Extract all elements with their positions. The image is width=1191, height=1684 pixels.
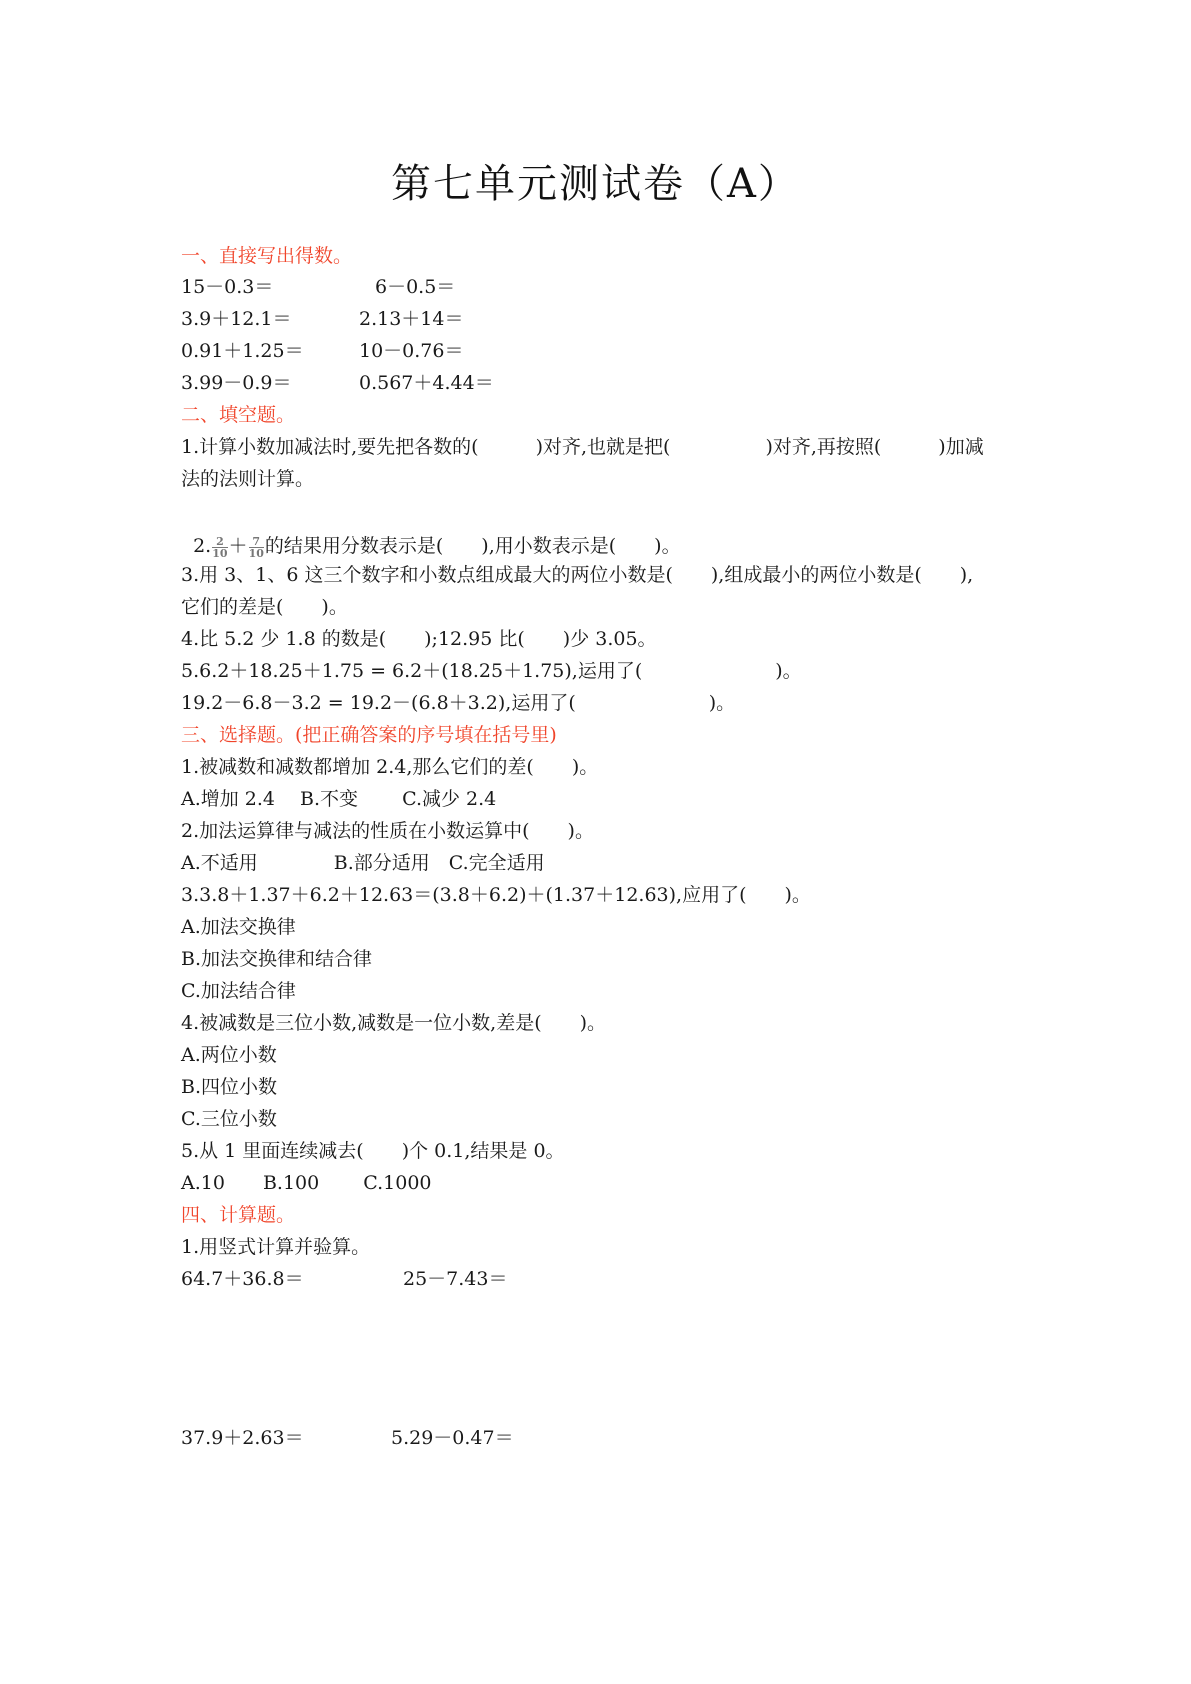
question-text: 1.计算小数加减法时,要先把各数的( )对齐,也就是把( )对齐,再按照( )加…: [181, 435, 984, 459]
fraction-numerator: 7: [249, 536, 264, 547]
fraction: 710: [249, 536, 264, 559]
answer-option: B.加法交换律和结合律: [181, 947, 372, 971]
calc-item: 2.13＋14＝: [359, 307, 463, 331]
fraction-numerator: 2: [212, 536, 227, 547]
section-heading-1: 一、直接写出得数。: [181, 244, 352, 268]
answer-option: B.四位小数: [181, 1075, 277, 1099]
question-text: 4.比 5.2 少 1.8 的数是( );12.95 比( )少 3.05。: [181, 627, 657, 651]
fraction-denominator: 10: [212, 547, 227, 559]
question-text: 5.从 1 里面连续减去( )个 0.1,结果是 0。: [181, 1139, 565, 1163]
answer-options: A.增加 2.4 B.不变 C.减少 2.4: [181, 787, 496, 811]
calc-item: 0.91＋1.25＝: [181, 339, 304, 363]
question-text: 4.被减数是三位小数,减数是一位小数,差是( )。: [181, 1011, 606, 1035]
section-heading-4: 四、计算题。: [181, 1203, 295, 1227]
calc-item: 3.99－0.9＝: [181, 371, 292, 395]
plus-sign: ＋: [229, 535, 248, 557]
question-text: 2.加法运算律与减法的性质在小数运算中( )。: [181, 819, 594, 843]
answer-options: A.10 B.100 C.1000: [181, 1171, 432, 1195]
calc-item: 25－7.43＝: [403, 1267, 507, 1291]
calc-item: 0.567＋4.44＝: [359, 371, 494, 395]
question-text: 3.3.8＋1.37＋6.2＋12.63＝(3.8＋6.2)＋(1.37＋12.…: [181, 883, 811, 907]
calc-item: 5.29－0.47＝: [391, 1426, 514, 1450]
question-text: 它们的差是( )。: [181, 595, 348, 619]
answer-option: C.三位小数: [181, 1107, 277, 1131]
calc-item: 10－0.76＝: [359, 339, 463, 363]
question-text: 2.210＋710的结果用分数表示是( ),用小数表示是( )。: [181, 510, 681, 559]
fraction: 210: [212, 536, 227, 559]
section-heading-3: 三、选择题。(把正确答案的序号填在括号里): [181, 723, 557, 747]
calc-item: 64.7＋36.8＝: [181, 1267, 304, 1291]
answer-option: C.加法结合律: [181, 979, 296, 1003]
calc-item: 6－0.5＝: [375, 275, 455, 299]
calc-item: 3.9＋12.1＝: [181, 307, 292, 331]
question-text: 19.2－6.8－3.2 = 19.2－(6.8＋3.2),运用了( )。: [181, 691, 735, 715]
question-text: 1.用竖式计算并验算。: [181, 1235, 370, 1259]
question-number: 2.: [193, 535, 211, 557]
question-text: 3.用 3、1、6 这三个数字和小数点组成最大的两位小数是( ),组成最小的两位…: [181, 563, 973, 587]
answer-option: A.加法交换律: [181, 915, 296, 939]
question-text: 1.被减数和减数都增加 2.4,那么它们的差( )。: [181, 755, 598, 779]
question-text: 法的法则计算。: [181, 467, 314, 491]
page-title: 第七单元测试卷（A）: [0, 152, 1191, 209]
section-heading-2: 二、填空题。: [181, 403, 295, 427]
question-text: 5.6.2＋18.25＋1.75 = 6.2＋(18.25＋1.75),运用了(…: [181, 659, 802, 683]
calc-item: 37.9＋2.63＝: [181, 1426, 304, 1450]
answer-option: A.两位小数: [181, 1043, 277, 1067]
fraction-denominator: 10: [249, 547, 264, 559]
calc-item: 15－0.3＝: [181, 275, 273, 299]
question-suffix: 的结果用分数表示是( ),用小数表示是( )。: [265, 535, 681, 557]
answer-options: A.不适用 B.部分适用 C.完全适用: [181, 851, 545, 875]
